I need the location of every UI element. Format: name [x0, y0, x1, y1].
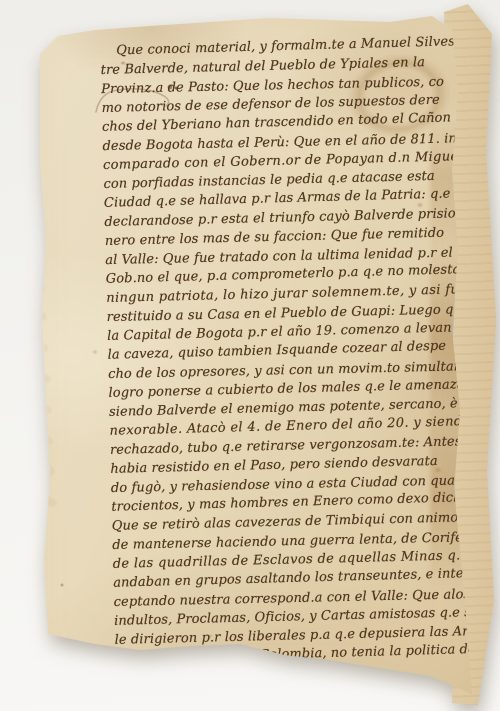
- manuscript-line: restituido a su Casa en el Pueblo de Gua…: [107, 300, 463, 327]
- bleedthrough-line: comparado con el Gobern.or de Popayan d.…: [0, 393, 52, 437]
- manuscript-line: Que conoci material, y formalm.te a Manu…: [100, 32, 456, 61]
- manuscript-line: andaban en grupos asaltando los transeun…: [113, 564, 469, 593]
- manuscript-line: ceptando nuestra correspond.a con el Val…: [113, 585, 469, 612]
- manuscript-line: do fugò, y rehasiendose vino a esta Ciud…: [111, 471, 467, 498]
- manuscript-line: rechazado, tubo q.e retirarse vergonzosa…: [110, 432, 466, 460]
- manuscript-line: de las quadrillas de Esclavos de aquella…: [113, 546, 469, 574]
- bleedthrough-line: desde Bogota hasta el Perù: Que en el añ…: [0, 362, 50, 406]
- manuscript-line: mas, y se adhiriese a Colombia, no tenia…: [115, 640, 471, 669]
- manuscript-line: Que se retirò alas cavezeras de Timbiqui…: [112, 508, 468, 536]
- manuscript-line: con porfiadas instancias le pedia q.e at…: [103, 166, 459, 194]
- manuscript-line: comparado con el Gobern.or de Popayan d.…: [103, 147, 459, 175]
- ink-dot: [168, 85, 173, 90]
- manuscript-line: chos del Yberiano han trascendido en tod…: [102, 108, 458, 137]
- manuscript-line: trocientos, y mas hombres en Enero como …: [111, 488, 467, 517]
- manuscript-line: desde Bogota hasta el Perù: Que en el añ…: [102, 129, 458, 156]
- manuscript-line: al Valle: Que fue tratado con la ultima …: [105, 243, 461, 270]
- manuscript-line: le dirigieron p.r los liberales p.a q.e …: [114, 622, 470, 650]
- manuscript-line: siendo Balverde el enemigo mas potente, …: [109, 394, 465, 422]
- manuscript-line: cho de los opresores, y asi con un movim…: [108, 357, 464, 384]
- manuscript-line: logro ponerse a cubierto de los males q.…: [108, 375, 464, 403]
- manuscript-line: declarandose p.r esta el triunfo cayò Ba…: [104, 204, 460, 232]
- manuscript-line: ningun patriota, lo hizo jurar solemnem.…: [106, 280, 462, 308]
- manuscript-line: la caveza, quiso tambien Isquande cozear…: [107, 336, 463, 365]
- manuscript-sheets: tre Balverde, natural del Pueblo de Ypia…: [0, 0, 500, 711]
- handwritten-text-block: Que conoci material, y formalm.te a Manu…: [100, 33, 471, 669]
- damp-stain-ring: [332, 38, 467, 154]
- manuscript-line: nexorable. Atacò el 4. de Enero del año …: [109, 412, 465, 441]
- manuscript-line: Provinz.a de Pasto: Que los hechos tan p…: [101, 72, 457, 99]
- manuscript-page: tre Balverde, natural del Pueblo de Ypia…: [0, 0, 500, 711]
- bleedthrough-text: tre Balverde, natural del Pueblo de Ypia…: [0, 238, 57, 541]
- bleedthrough-line: declarandose p.r esta el triunfo cayò Ba…: [0, 486, 57, 530]
- manuscript-line: de mantenerse haciendo una guerra lenta,…: [112, 528, 468, 555]
- manuscript-line: la Capital de Bogota p.r el año 19. come…: [107, 318, 463, 346]
- bleedthrough-line: con porfiadas instancias le pedia q.e at…: [0, 424, 53, 468]
- manuscript-line: mo notorios de ese defensor de los supue…: [101, 90, 457, 118]
- ink-flourish-mark: [92, 78, 182, 124]
- bleedthrough-line: tre Balverde, natural del Pueblo de Ypia…: [0, 238, 44, 282]
- bleedthrough-line: Provinz.a de Pasto: Que los hechos tan p…: [0, 269, 45, 313]
- manuscript-line: nero entre los mas de su faccion: Que fu…: [105, 223, 461, 251]
- bleedthrough-line: Ciudad q.e se hallava p.r las Armas de l…: [0, 455, 55, 499]
- foxing-specks: [0, 0, 500, 711]
- manuscript-line: Gob.no el que, p.a comprometerlo p.a q.e…: [106, 260, 462, 289]
- bleedthrough-line: chos del Yberiano han trascendido en tod…: [0, 331, 48, 375]
- manuscript-line: Ciudad q.e se hallava p.r las Armas de l…: [104, 184, 460, 213]
- photo-backdrop: tre Balverde, natural del Pueblo de Ypia…: [0, 0, 500, 711]
- bleedthrough-line: mo notorios de ese defensor de los supue…: [0, 300, 47, 344]
- manuscript-line: habia resistido en el Paso, pero siendo …: [110, 451, 466, 479]
- manuscript-line: indultos, Proclamas, Oficios, y Cartas a…: [114, 603, 470, 631]
- manuscript-line: tre Balverde, natural del Pueblo de Ypia…: [100, 52, 456, 80]
